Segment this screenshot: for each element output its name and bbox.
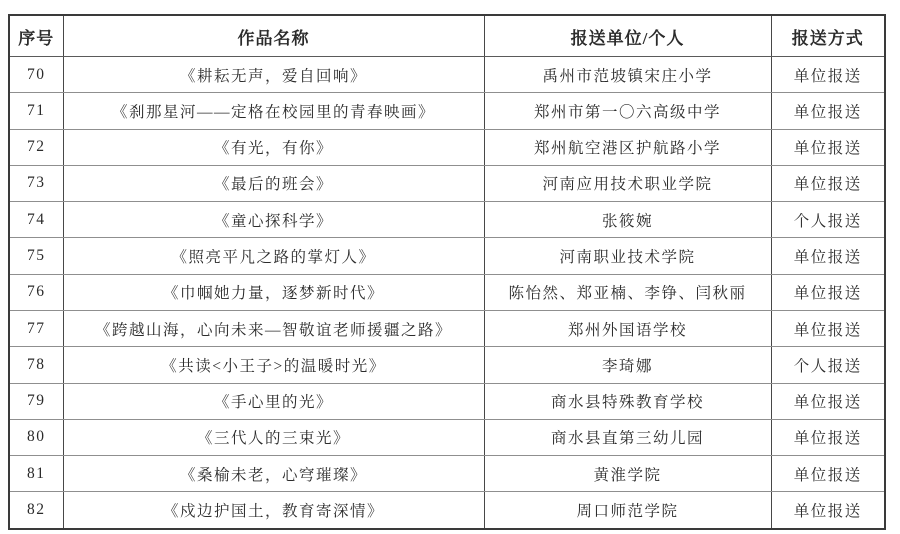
- table-row: 72 《有光，有你》 郑州航空港区护航路小学 单位报送: [9, 129, 885, 165]
- table-row: 74 《童心探科学》 张筱婉 个人报送: [9, 202, 885, 238]
- cell-method: 个人报送: [771, 347, 885, 383]
- cell-method: 单位报送: [771, 492, 885, 529]
- cell-number: 72: [9, 129, 63, 165]
- cell-work-title: 《童心探科学》: [63, 202, 484, 238]
- table-row: 73 《最后的班会》 河南应用技术职业学院 单位报送: [9, 165, 885, 201]
- cell-submitter: 禹州市范坡镇宋庄小学: [484, 57, 771, 93]
- submission-table-container: 序号 作品名称 报送单位/个人 报送方式 70 《耕耘无声，爱自回响》 禹州市范…: [8, 14, 886, 530]
- cell-work-title: 《共读<小王子>的温暖时光》: [63, 347, 484, 383]
- table-row: 71 《刹那星河——定格在校园里的青春映画》 郑州市第一〇六高级中学 单位报送: [9, 93, 885, 129]
- table-row: 80 《三代人的三束光》 商水县直第三幼儿园 单位报送: [9, 419, 885, 455]
- cell-method: 个人报送: [771, 202, 885, 238]
- cell-number: 79: [9, 383, 63, 419]
- table-row: 81 《桑榆未老，心穹璀璨》 黄淮学院 单位报送: [9, 456, 885, 492]
- cell-submitter: 商水县直第三幼儿园: [484, 419, 771, 455]
- cell-number: 70: [9, 57, 63, 93]
- cell-work-title: 《照亮平凡之路的掌灯人》: [63, 238, 484, 274]
- cell-number: 82: [9, 492, 63, 529]
- cell-work-title: 《有光，有你》: [63, 129, 484, 165]
- cell-method: 单位报送: [771, 310, 885, 346]
- works-submission-table: 序号 作品名称 报送单位/个人 报送方式 70 《耕耘无声，爱自回响》 禹州市范…: [8, 14, 886, 530]
- cell-submitter: 周口师范学院: [484, 492, 771, 529]
- column-header-submitter: 报送单位/个人: [484, 15, 771, 57]
- cell-submitter: 河南职业技术学院: [484, 238, 771, 274]
- table-body: 70 《耕耘无声，爱自回响》 禹州市范坡镇宋庄小学 单位报送 71 《刹那星河—…: [9, 57, 885, 530]
- table-row: 76 《巾帼她力量，逐梦新时代》 陈怡然、郑亚楠、李铮、闫秋丽 单位报送: [9, 274, 885, 310]
- cell-number: 78: [9, 347, 63, 383]
- cell-submitter: 陈怡然、郑亚楠、李铮、闫秋丽: [484, 274, 771, 310]
- cell-work-title: 《耕耘无声，爱自回响》: [63, 57, 484, 93]
- cell-number: 74: [9, 202, 63, 238]
- cell-submitter: 李琦娜: [484, 347, 771, 383]
- cell-submitter: 商水县特殊教育学校: [484, 383, 771, 419]
- cell-method: 单位报送: [771, 456, 885, 492]
- table-row: 78 《共读<小王子>的温暖时光》 李琦娜 个人报送: [9, 347, 885, 383]
- cell-submitter: 张筱婉: [484, 202, 771, 238]
- cell-work-title: 《戍边护国土，教育寄深情》: [63, 492, 484, 529]
- cell-number: 80: [9, 419, 63, 455]
- column-header-number: 序号: [9, 15, 63, 57]
- cell-work-title: 《三代人的三束光》: [63, 419, 484, 455]
- table-row: 77 《跨越山海，心向未来—智敬谊老师援疆之路》 郑州外国语学校 单位报送: [9, 310, 885, 346]
- cell-work-title: 《手心里的光》: [63, 383, 484, 419]
- column-header-work-title: 作品名称: [63, 15, 484, 57]
- cell-work-title: 《跨越山海，心向未来—智敬谊老师援疆之路》: [63, 310, 484, 346]
- cell-method: 单位报送: [771, 419, 885, 455]
- cell-number: 81: [9, 456, 63, 492]
- cell-submitter: 郑州航空港区护航路小学: [484, 129, 771, 165]
- cell-method: 单位报送: [771, 383, 885, 419]
- cell-work-title: 《巾帼她力量，逐梦新时代》: [63, 274, 484, 310]
- cell-number: 77: [9, 310, 63, 346]
- cell-work-title: 《桑榆未老，心穹璀璨》: [63, 456, 484, 492]
- table-row: 79 《手心里的光》 商水县特殊教育学校 单位报送: [9, 383, 885, 419]
- cell-method: 单位报送: [771, 129, 885, 165]
- cell-method: 单位报送: [771, 57, 885, 93]
- cell-number: 73: [9, 165, 63, 201]
- cell-method: 单位报送: [771, 238, 885, 274]
- cell-submitter: 黄淮学院: [484, 456, 771, 492]
- column-header-method: 报送方式: [771, 15, 885, 57]
- table-row: 70 《耕耘无声，爱自回响》 禹州市范坡镇宋庄小学 单位报送: [9, 57, 885, 93]
- cell-submitter: 郑州市第一〇六高级中学: [484, 93, 771, 129]
- cell-work-title: 《最后的班会》: [63, 165, 484, 201]
- cell-number: 75: [9, 238, 63, 274]
- cell-number: 76: [9, 274, 63, 310]
- cell-number: 71: [9, 93, 63, 129]
- table-row: 82 《戍边护国土，教育寄深情》 周口师范学院 单位报送: [9, 492, 885, 529]
- cell-method: 单位报送: [771, 274, 885, 310]
- cell-method: 单位报送: [771, 165, 885, 201]
- cell-submitter: 河南应用技术职业学院: [484, 165, 771, 201]
- header-row: 序号 作品名称 报送单位/个人 报送方式: [9, 15, 885, 57]
- table-row: 75 《照亮平凡之路的掌灯人》 河南职业技术学院 单位报送: [9, 238, 885, 274]
- cell-work-title: 《刹那星河——定格在校园里的青春映画》: [63, 93, 484, 129]
- cell-submitter: 郑州外国语学校: [484, 310, 771, 346]
- cell-method: 单位报送: [771, 93, 885, 129]
